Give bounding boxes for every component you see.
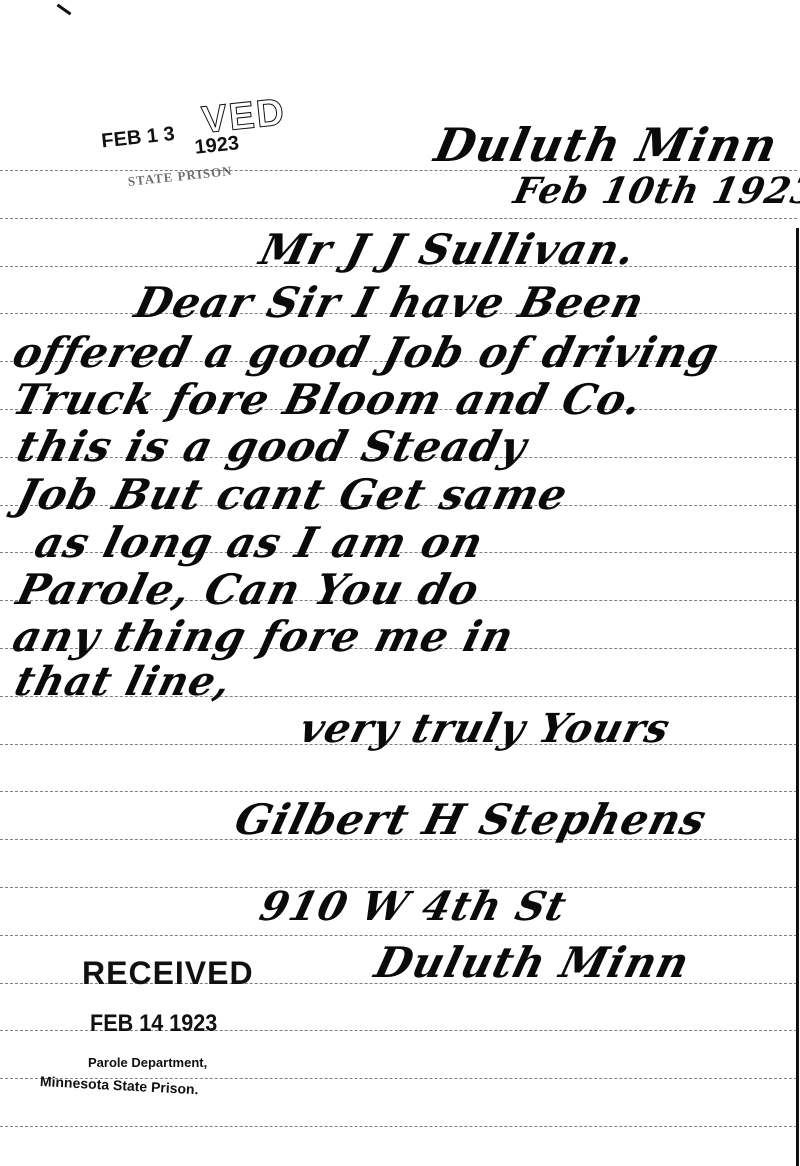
address-line-1: 910 W 4th St xyxy=(255,883,572,930)
ruled-line xyxy=(0,791,797,792)
closing: very truly Yours xyxy=(295,705,675,752)
signature: Gilbert H Stephens xyxy=(230,795,712,844)
recipient-name: Mr J J Sullivan. xyxy=(255,225,641,274)
body-line-5: Job But cant Get same xyxy=(12,470,573,519)
body-line-8: any thing fore me in xyxy=(8,612,519,661)
stamp-date: FEB 14 1923 xyxy=(90,1010,217,1038)
body-line-2: offered a good Job of driving xyxy=(8,328,724,377)
body-line-1: Dear Sir I have Been xyxy=(130,278,650,327)
scan-mark xyxy=(57,4,72,16)
stamp-title: RECEIVED xyxy=(82,955,254,992)
letter-place: Duluth Minn xyxy=(430,118,783,172)
ruled-line xyxy=(0,218,797,219)
body-line-3: Truck fore Bloom and Co. xyxy=(8,375,648,424)
received-stamp-bottom: RECEIVED FEB 14 1923 Parole Department, … xyxy=(40,955,300,1105)
stamp-department: Parole Department, xyxy=(88,1055,207,1070)
stamp-institution: STATE PRISON xyxy=(127,163,233,190)
body-line-7: Parole, Can You do xyxy=(12,565,485,614)
body-line-6: as long as I am on xyxy=(30,518,489,567)
letter-page: VED FEB 1 3 1923 STATE PRISON Duluth Min… xyxy=(0,0,800,1166)
body-line-9: that line, xyxy=(10,658,236,705)
stamp-year: 1923 xyxy=(194,132,241,160)
ruled-line xyxy=(0,935,797,936)
body-line-4: this is a good Steady xyxy=(12,422,532,471)
stamp-institution: Minnesota State Prison. xyxy=(40,1073,199,1097)
stamp-date: FEB 1 3 xyxy=(100,123,175,154)
address-line-2: Duluth Minn xyxy=(370,938,695,987)
letter-date: Feb 10th 1923 xyxy=(510,170,800,212)
ruled-line xyxy=(0,1126,797,1127)
page-edge xyxy=(796,228,799,1166)
received-stamp-top: VED FEB 1 3 1923 STATE PRISON xyxy=(90,89,314,211)
